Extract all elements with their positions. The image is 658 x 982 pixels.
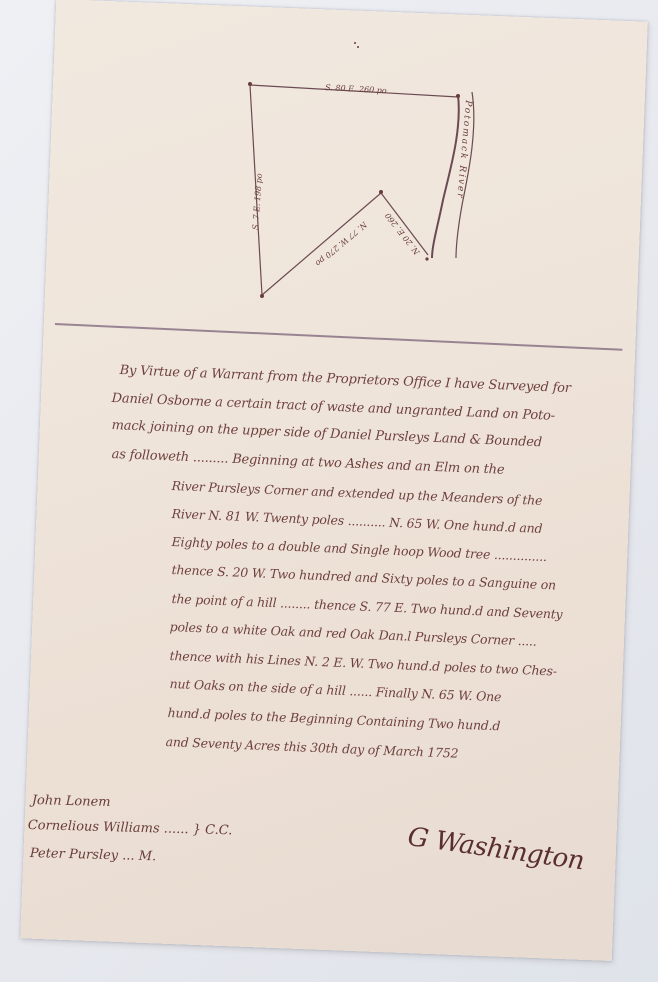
mounting-background: S. 80 E. 260 po S. 7 E. 198 po N. 77 W. … [0, 0, 658, 982]
plat-left-label: S. 7 E. 198 po [251, 173, 264, 230]
witness-name: John Lonem [32, 793, 111, 810]
plat-lower-left-diagonal [262, 193, 381, 295]
plat-river-label: Potomack River [454, 99, 473, 200]
plat-top-label: S. 80 E. 260 po [325, 83, 387, 95]
river-bank-left [432, 95, 459, 258]
plat-lower-right-label: N. 20 E. 260 [383, 211, 422, 257]
survey-plat-diagram: S. 80 E. 260 po S. 7 E. 198 po N. 77 W. … [0, 0, 658, 340]
